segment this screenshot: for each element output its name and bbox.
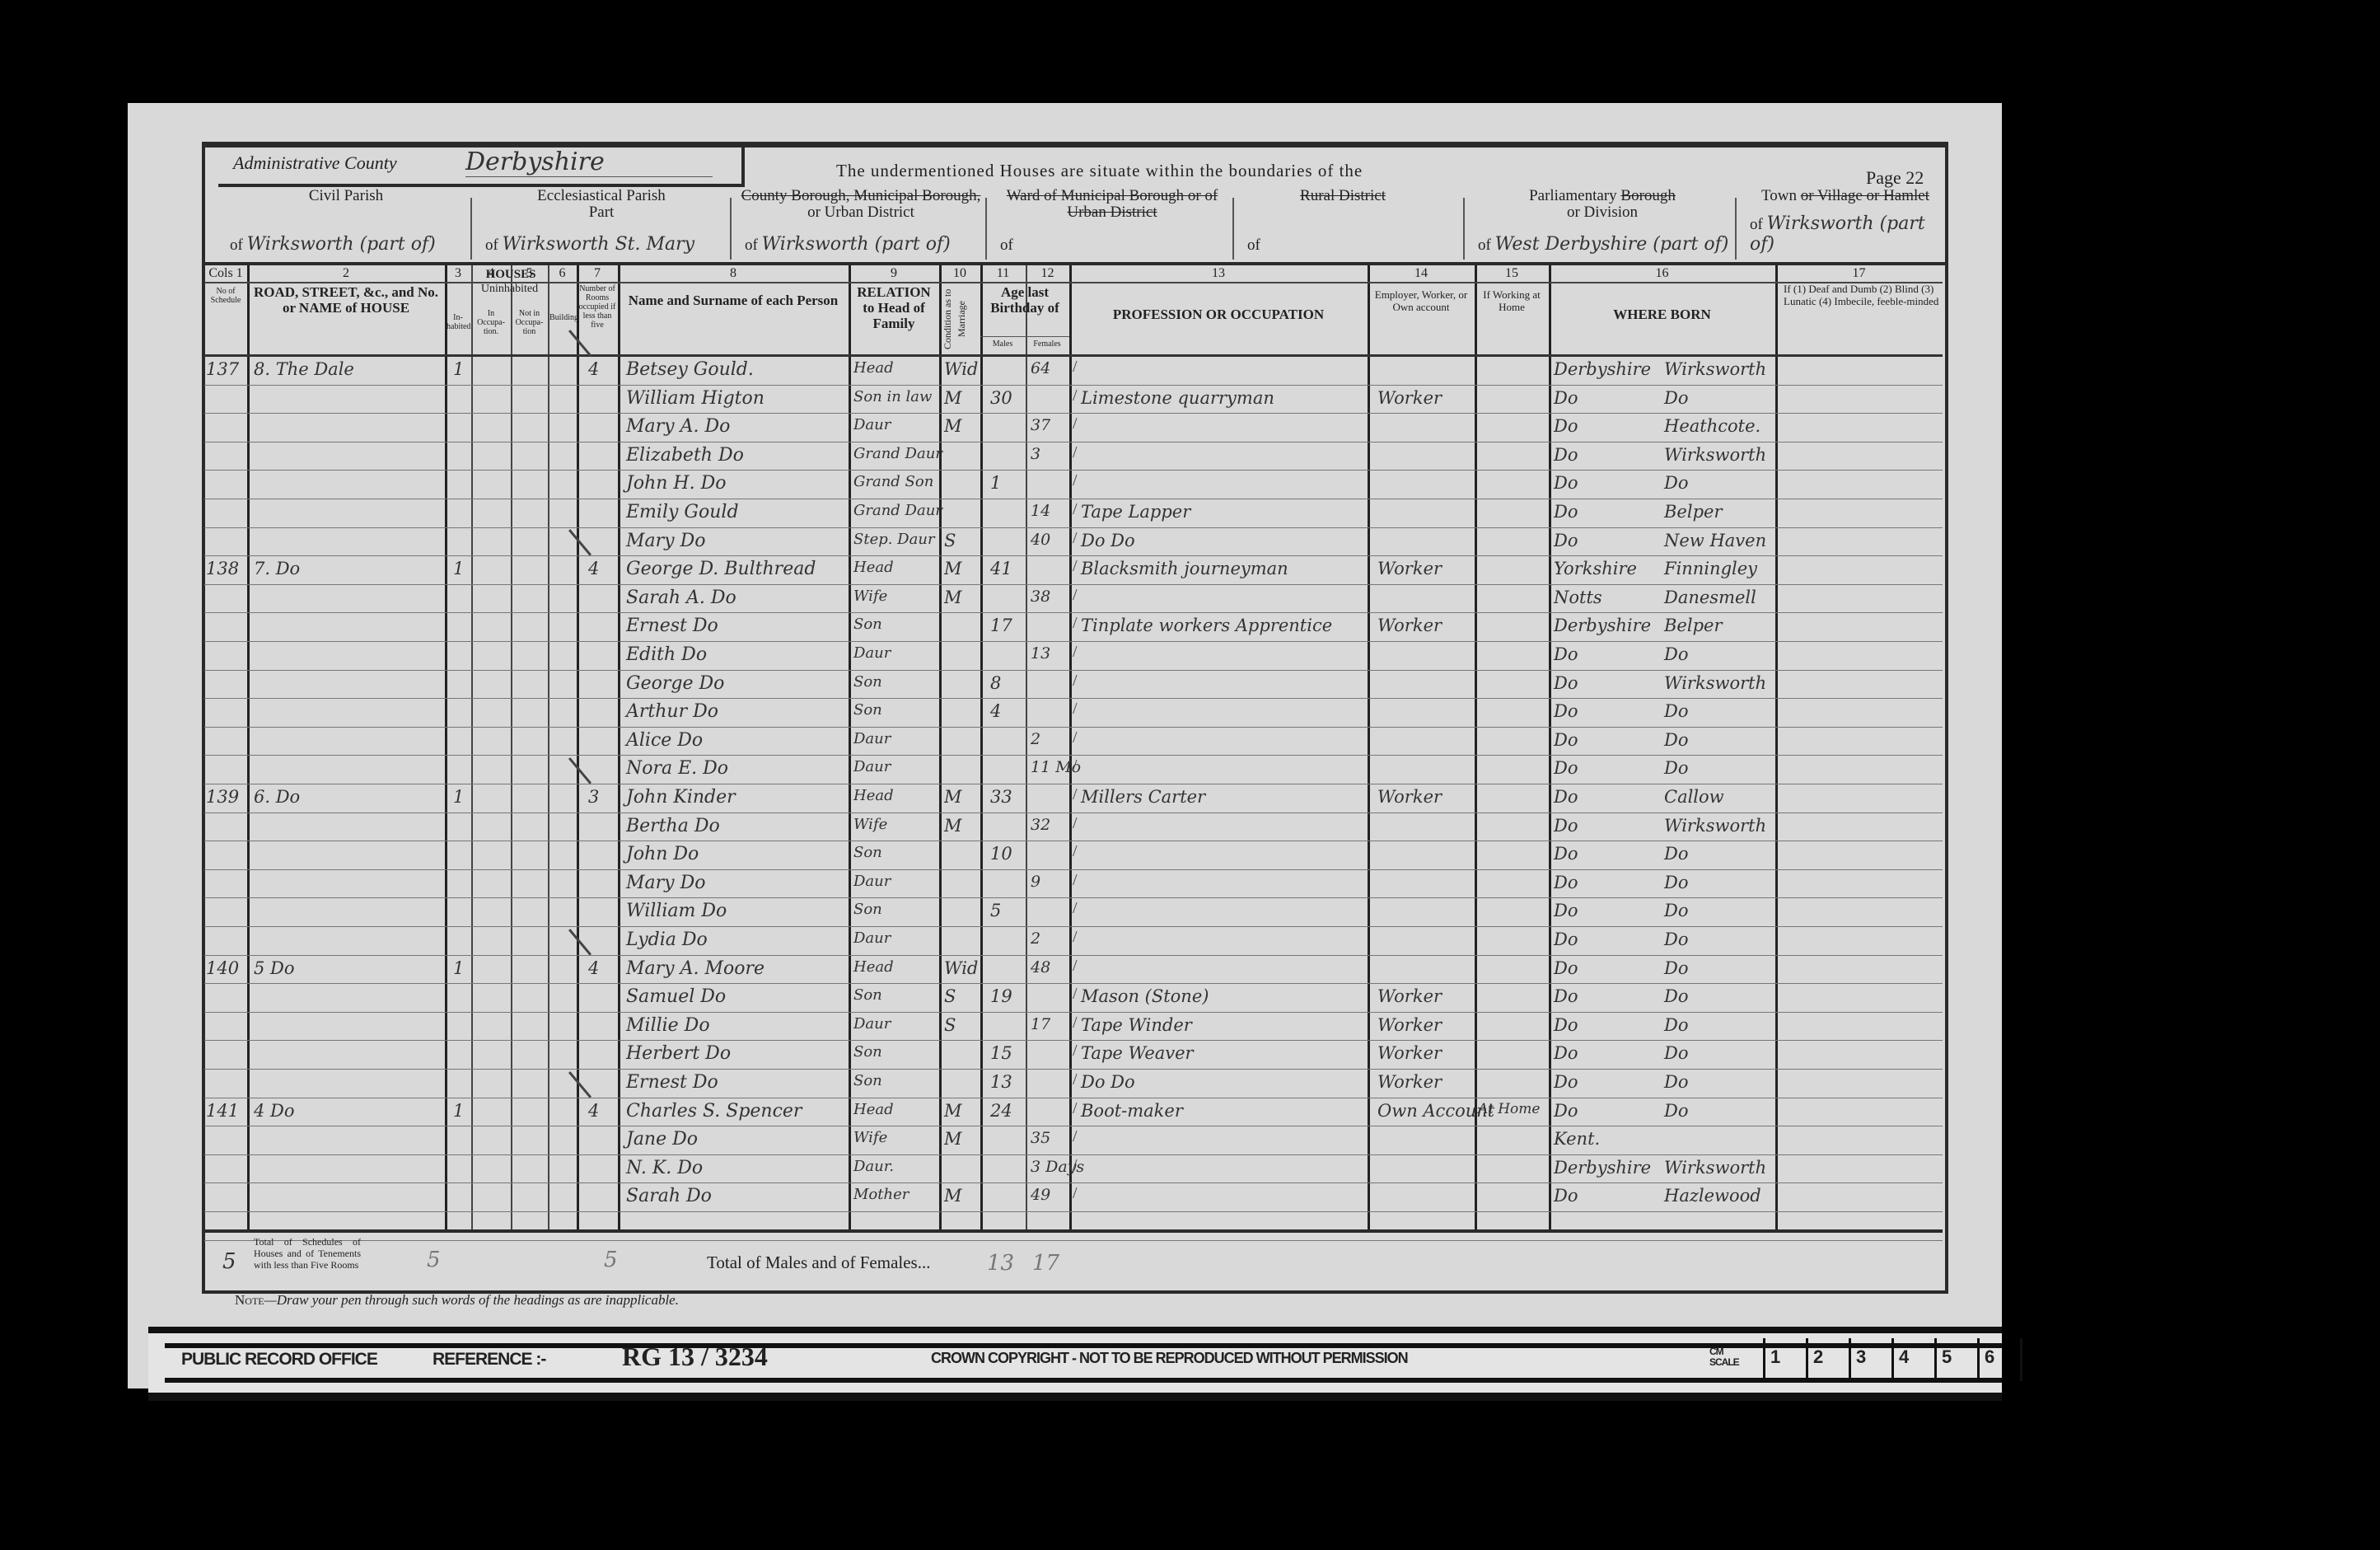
column-header-relation: RELATION to Head of Family [850,284,938,331]
cell-condition: M [944,787,962,807]
boundary-struck-label: Ward of Municipal Borough or of Urban Di… [1007,187,1218,221]
cell-name: George Do [626,673,724,694]
cell-born-place: Danesmell [1664,588,1756,607]
cell-born-county: Yorkshire [1554,559,1637,578]
cell-born-county: Do [1554,758,1578,778]
boundary-field: Ward of Municipal Borough or of Urban Di… [989,188,1236,258]
column-header-road: ROAD, STREET, &c., and No. or NAME of HO… [249,284,443,316]
cell-relation: Grand Daur [853,445,942,462]
column-number: 7 [577,266,618,281]
table-row: 1405 Do14Mary A. MooreHeadWid48DoDo/ [204,955,1943,985]
total-males: 13 [987,1251,1014,1276]
cell-male-age: 24 [990,1101,1012,1121]
column-number: 14 [1368,266,1475,281]
cell-condition: M [944,388,962,408]
cell-relation: Son [853,701,882,719]
table-row: Jane DoWifeM35Kent./ [204,1126,1943,1155]
total-schedules-label: Total of Schedules of Houses and of Tene… [254,1236,361,1271]
cell-condition: M [944,588,962,607]
cell-female-age: 37 [1031,416,1050,434]
cell-employer: Worker [1377,559,1442,578]
checkmark-icon: / [1073,728,1078,747]
cell-name: William Higton [626,388,764,409]
cell-born-place: Wirksworth [1664,445,1766,465]
cell-born-county: Do [1554,787,1578,807]
cell-relation: Son [853,986,882,1004]
cell-occupation: Tape Weaver [1081,1043,1194,1063]
cell-born-place: Do [1664,473,1688,493]
totals-row: 5 Total of Schedules of Houses and of Te… [204,1229,1943,1295]
column-header-inhabited: In-habited [447,313,470,331]
cell-name: Lydia Do [626,930,708,950]
cell-born-place: Belper [1664,502,1723,522]
scale-mark: 2 [1806,1338,1849,1381]
checkmark-icon: / [1073,985,1078,1004]
cell-relation: Head [853,359,894,377]
checkmark-icon: / [1073,814,1078,833]
cell-condition: M [944,816,962,836]
boundary-divider [730,198,732,260]
table-row: 1387. Do14George D. BulthreadHeadM41Blac… [204,555,1943,585]
cell-born-place: Wirksworth [1664,816,1766,836]
boundary-label: Ecclesiastical Parish [537,187,666,204]
cell-name: George D. Bulthread [626,559,816,579]
cell-born-place: Do [1664,644,1688,664]
cell-female-age: 40 [1031,531,1050,549]
boundary-struck-label: Borough [1620,187,1676,204]
checkmark-icon: / [1073,957,1078,976]
cell-born-county: Do [1554,531,1578,550]
cell-male-age: 8 [990,673,1001,693]
cell-condition: S [944,986,956,1006]
scale-mark: 5 [1934,1338,1977,1381]
cell-inhabited: 1 [453,1101,464,1121]
cell-male-age: 4 [990,701,1001,721]
column-header-name: Name and Surname of each Person [620,293,847,308]
cell-born-place: Do [1664,388,1688,408]
cell-born-place: New Haven [1664,531,1766,550]
cell-condition: M [944,1186,962,1206]
cell-relation: Daur [853,1015,891,1033]
cell-born-county: Do [1554,958,1578,978]
cell-born-county: Do [1554,701,1578,721]
checkmark-icon: / [1073,414,1078,433]
cell-born-county: Do [1554,388,1578,408]
column-number: 9 [849,266,939,281]
cell-name: Bertha Do [626,816,720,836]
cell-schedule: 141 [206,1101,239,1121]
column-number: 8 [618,266,849,281]
checkmark-icon: / [1073,700,1078,719]
column-number: 12 [1026,266,1069,281]
table-row: Edith DoDaur13DoDo/ [204,641,1943,671]
checkmark-icon: / [1073,672,1078,691]
column-header-age: Age last Birthday of [982,284,1068,316]
checkmark-icon: / [1073,643,1078,662]
column-number: 15 [1475,266,1549,281]
cell-born-county: Do [1554,445,1578,465]
cell-name: Samuel Do [626,986,726,1007]
column-header-houses: HOUSES [445,267,577,283]
table-row: N. K. DoDaur.3 DaysDerbyshireWirksworth/ [204,1154,1943,1184]
cell-relation: Son [853,844,882,861]
boundary-label: Town [1761,187,1797,204]
cell-relation: Daur [853,930,891,947]
cell-born-county: Do [1554,816,1578,836]
cell-born-county: Derbyshire [1554,616,1651,635]
cell-rooms: 4 [588,359,599,379]
cell-born-county: Do [1554,844,1578,864]
scale-label: CM SCALE [1709,1346,1742,1368]
checkmark-icon: / [1073,529,1078,548]
cell-name: Betsey Gould. [626,359,754,380]
cell-relation: Son [853,673,882,691]
cell-address: 4 Do [254,1101,295,1121]
column-header-rooms: Number of Rooms occupied if less than fi… [578,284,616,330]
scale-mark: 4 [1891,1338,1934,1381]
total-inhabited: 5 [427,1248,441,1272]
cell-born-county: Do [1554,730,1578,750]
scale-mark: 3 [1849,1338,1891,1381]
cell-name: Mary Do [626,531,705,551]
boundary-struck-label: Rural District [1300,187,1386,204]
boundary-label2: or Urban District [733,204,989,221]
column-number: 17 [1775,266,1943,281]
table-row: 1414 Do14Charles S. SpencerHeadM24Boot-m… [204,1098,1943,1127]
checkmark-icon: / [1073,386,1078,405]
cell-condition: M [944,559,962,578]
cell-female-age: 49 [1031,1186,1050,1204]
cell-relation: Wife [853,588,887,605]
table-row: Mary DoStep. DaurS40Do DoDoNew Haven/ [204,527,1943,557]
table-row: Mary DoDaur9DoDo/ [204,869,1943,899]
cell-born-county: Do [1554,502,1578,522]
cell-relation: Daur [853,644,891,662]
cell-name: N. K. Do [626,1158,703,1178]
cell-rooms: 4 [588,559,599,578]
cell-relation: Grand Son [853,473,933,490]
cell-name: Arthur Do [626,701,718,722]
table-row: George DoSon8DoWirksworth/ [204,670,1943,700]
column-header-employer: Employer, Worker, or Own account [1369,288,1473,313]
cell-born-place: Do [1664,758,1688,778]
column-header-at_home: If Working at Home [1476,288,1547,313]
table-row: Emily GouldGrand Daur14Tape LapperDoBelp… [204,499,1943,528]
cell-relation: Son [853,1043,882,1061]
cell-female-age: 32 [1031,816,1050,834]
cell-born-county: Do [1554,930,1578,949]
column-header-uninhabited: Uninhabited [471,282,548,296]
total-rooms: 5 [604,1248,618,1272]
archive-reference-bar: PUBLIC RECORD OFFICE REFERENCE :- RG 13 … [148,1327,2002,1401]
cell-born-place: Do [1664,730,1688,750]
checkmark-icon: / [1073,1156,1078,1175]
age-subrule [980,336,1069,337]
cell-born-county: Do [1554,1186,1578,1206]
cell-relation: Step. Daur [853,531,935,548]
copyright-notice: CROWN COPYRIGHT - NOT TO BE REPRODUCED W… [931,1350,1408,1367]
table-row: Ernest DoSon17Tinplate workers Apprentic… [204,612,1943,642]
column-number: 10 [939,266,980,281]
cell-rooms: 3 [588,787,599,807]
cell-born-place: Do [1664,901,1688,920]
cell-employer: Worker [1377,388,1442,408]
cell-name: Sarah Do [626,1186,712,1206]
cell-relation: Daur [853,416,891,433]
cell-name: William Do [626,901,727,921]
checkmark-icon: / [1073,471,1078,490]
cell-name: Mary A. Moore [626,958,764,979]
cell-occupation: Millers Carter [1081,787,1205,807]
cell-condition: Wid [944,359,978,379]
checkmark-icon: / [1073,358,1078,377]
cell-name: Jane Do [626,1129,698,1150]
cell-relation: Wife [853,816,887,833]
cell-born-place: Do [1664,1072,1688,1092]
cell-inhabited: 1 [453,559,464,578]
cell-born-place: Wirksworth [1664,673,1766,693]
reference-code: RG 13 / 3234 [622,1342,768,1372]
cell-male-age: 17 [990,616,1012,635]
boundary-divider [1232,198,1234,260]
cell-condition: M [944,1129,962,1149]
cell-male-age: 13 [990,1072,1012,1092]
table-row: 1378. The Dale14Betsey Gould.HeadWid64De… [204,356,1943,386]
cell-relation: Son in law [853,388,932,405]
column-header-not_in_occupation: Not in Occupa-tion [512,309,546,336]
cell-address: 8. The Dale [254,359,354,379]
cell-born-place: Do [1664,958,1688,978]
cell-occupation: Tinplate workers Apprentice [1081,616,1332,635]
boundary-divider [985,198,987,260]
cell-condition: M [944,416,962,436]
column-number: 13 [1069,266,1368,281]
cell-name: John H. Do [626,473,726,494]
cell-employer: Worker [1377,1015,1442,1035]
cell-name: Alice Do [626,730,703,751]
cell-inhabited: 1 [453,359,464,379]
total-persons-label: Total of Males and of Females... [707,1253,930,1273]
cell-occupation: Tape Lapper [1081,502,1190,522]
checkmark-icon: / [1073,1042,1078,1061]
cell-relation: Head [853,1101,894,1118]
column-number: 2 [247,266,445,281]
note-prefix: Note [235,1292,264,1308]
scale-mark [2020,1338,2063,1381]
cell-born-county: Do [1554,901,1578,920]
table-row: Lydia DoDaur2DoDo/ [204,926,1943,956]
column-header-schedule: No of Schedule [206,287,245,305]
cell-born-place: Heathcote. [1664,416,1760,436]
scale-mark: 6 [1977,1338,2020,1381]
cell-schedule: 138 [206,559,239,578]
cell-occupation: Mason (Stone) [1081,986,1209,1006]
cell-relation: Mother [853,1186,909,1203]
checkmark-icon: / [1073,1099,1078,1118]
checkmark-icon: / [1073,785,1078,804]
cell-born-county: Do [1554,644,1578,664]
cell-male-age: 41 [990,559,1012,578]
cell-schedule: 137 [206,359,239,379]
column-header-building: Building [549,313,575,322]
cell-male-age: 30 [990,388,1012,408]
cell-name: Millie Do [626,1015,710,1036]
cell-name: Emily Gould [626,502,739,522]
cell-female-age: 48 [1031,958,1050,976]
cell-condition: S [944,531,956,550]
cell-name: Mary A. Do [626,416,730,437]
cell-born-county: Do [1554,416,1578,436]
table-row: John H. DoGrand Son1DoDo/ [204,470,1943,499]
cell-rooms: 4 [588,1101,599,1121]
cell-born-place: Do [1664,701,1688,721]
cell-female-age: 14 [1031,502,1050,520]
cell-born-county: Do [1554,1101,1578,1121]
table-row: Mary A. DoDaurM37DoHeathcote./ [204,413,1943,443]
boundary-value: West Derbyshire (part of) [1495,234,1729,255]
cell-relation: Head [853,559,894,576]
cell-name: Ernest Do [626,1072,718,1093]
cell-male-age: 5 [990,901,1001,920]
cell-born-place: Do [1664,844,1688,864]
cell-born-place: Do [1664,1015,1688,1035]
cell-born-county: Kent. [1554,1129,1600,1149]
cell-employer: Worker [1377,787,1442,807]
cell-born-county: Do [1554,986,1578,1006]
cell-name: John Kinder [626,787,736,808]
cell-born-place: Do [1664,930,1688,949]
cell-name: Sarah A. Do [626,588,736,608]
cell-name: Ernest Do [626,616,718,636]
cell-born-county: Do [1554,873,1578,892]
table-row: Elizabeth DoGrand Daur3DoWirksworth/ [204,442,1943,471]
table-row: Alice DoDaur2DoDo/ [204,727,1943,756]
table-row: Millie DoDaurS17Tape WinderWorkerDoDo/ [204,1012,1943,1042]
total-females: 17 [1032,1251,1059,1276]
boundary-field: Rural District of [1236,188,1450,258]
cell-relation: Son [853,616,882,633]
cell-born-place: Do [1664,1043,1688,1063]
cell-address: 6. Do [254,787,300,807]
checkmark-icon: / [1073,928,1078,947]
cell-born-county: Do [1554,673,1578,693]
cell-female-age: 2 [1031,730,1040,748]
cell-born-place: Wirksworth [1664,1158,1766,1178]
cell-female-age: 3 [1031,445,1040,463]
cell-born-county: Do [1554,1043,1578,1063]
cell-born-place: Wirksworth [1664,359,1766,379]
cell-name: Elizabeth Do [626,445,744,466]
cell-born-county: Do [1554,473,1578,493]
column-header-condition: Condition as to Marriage [941,288,979,350]
table-row: William HigtonSon in lawM30Limestone qua… [204,385,1943,414]
boundary-value: Wirksworth (part of) [762,234,951,255]
checkmark-icon: / [1073,899,1078,918]
header-rule [202,262,1948,265]
cell-female-age: 38 [1031,588,1050,606]
checkmark-icon: / [1073,842,1078,861]
checkmark-icon: / [1073,586,1078,605]
boundary-label2: Part [474,204,729,221]
boundary-field: Parliamentary Borough or Division of Wes… [1466,188,1738,258]
total-schedules: 5 [222,1249,236,1274]
cell-female-age: 2 [1031,930,1040,948]
boundary-divider [1463,198,1465,260]
cell-female-age: 35 [1031,1129,1050,1147]
table-row: John DoSon10DoDo/ [204,841,1943,870]
boundary-struck-label: County Borough, Municipal Borough, [741,187,981,204]
cell-rooms: 4 [588,958,599,978]
column-header-in_occupation: In Occupa-tion. [473,309,509,336]
column-header-males: Males [982,340,1023,349]
cell-employer: Worker [1377,616,1442,635]
checkmark-icon: / [1073,756,1078,775]
cell-employer: Worker [1377,1043,1442,1063]
cell-name: Nora E. Do [626,758,728,779]
cell-born-place: Do [1664,986,1688,1006]
cell-male-age: 1 [990,473,1001,493]
cell-name: Edith Do [626,644,707,665]
boundary-divider [470,198,472,260]
cell-name: Charles S. Spencer [626,1101,802,1122]
column-header-born: WHERE BORN [1550,307,1774,322]
note: Note—Draw your pen through such words of… [235,1292,679,1309]
cell-inhabited: 1 [453,958,464,978]
boundary-field: Civil Parish of Wirksworth (part of) [218,188,474,258]
cell-occupation: Tape Winder [1081,1015,1192,1035]
cell-female-age: 17 [1031,1015,1050,1033]
table-row: Ernest DoSon13Do DoWorkerDoDo/ [204,1069,1943,1098]
cell-born-place: Hazlewood [1664,1186,1761,1206]
checkmark-icon: / [1073,443,1078,462]
cell-name: Mary Do [626,873,705,893]
checkmark-icon: / [1073,557,1078,576]
boundary-value: Wirksworth St. Mary [503,234,694,255]
checkmark-icon: / [1073,1014,1078,1033]
cell-male-age: 19 [990,986,1012,1006]
checkmark-icon: / [1073,871,1078,890]
cell-relation: Grand Daur [853,502,942,519]
boundary-label2: or Division [1466,204,1738,221]
cell-female-age: 64 [1031,359,1050,377]
table-row: William DoSon5DoDo/ [204,897,1943,927]
cell-born-place: Do [1664,873,1688,892]
cell-relation: Daur. [853,1158,894,1175]
cell-born-place: Do [1664,1101,1688,1121]
cm-scale: 123456 [1763,1338,2063,1381]
scale-mark: 1 [1763,1338,1806,1381]
cell-employer: Worker [1377,1072,1442,1092]
cell-born-place: Finningley [1664,559,1757,578]
cell-address: 7. Do [254,559,300,578]
cell-schedule: 140 [206,958,239,978]
checkmark-icon: / [1073,1127,1078,1146]
reference-label: REFERENCE :- [433,1350,545,1370]
column-number: Cols 1 [204,266,247,281]
cell-occupation: Limestone quarryman [1081,388,1274,408]
boundary-struck-label: or Village or Hamlet [1801,187,1929,204]
cell-relation: Son [853,901,882,918]
column-header-females: Females [1026,340,1068,349]
cell-relation: Daur [853,758,891,775]
table-row: Arthur DoSon4DoDo/ [204,698,1943,728]
cell-schedule: 139 [206,787,239,807]
cell-male-age: 15 [990,1043,1012,1063]
cell-inhabited: 1 [453,787,464,807]
cell-born-county: Derbyshire [1554,359,1651,379]
checkmark-icon: / [1073,500,1078,519]
column-number: 11 [980,266,1026,281]
